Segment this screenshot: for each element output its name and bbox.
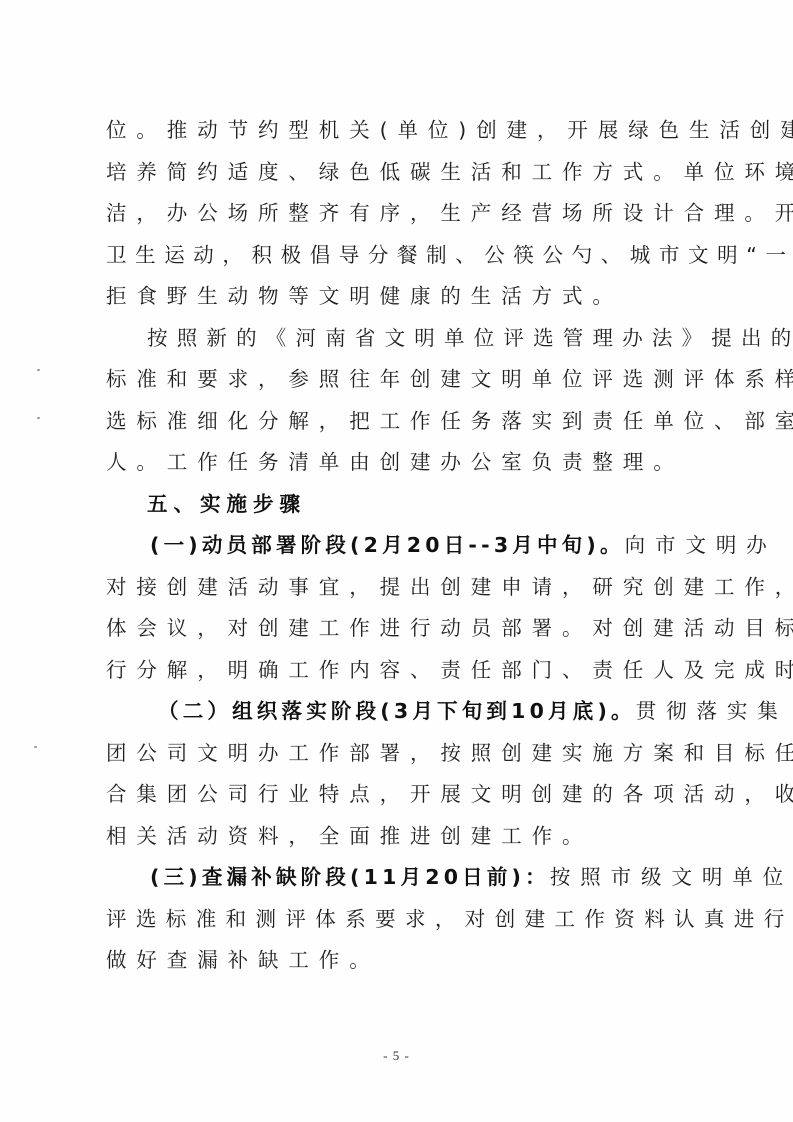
step-text: 按照市级文明单位 — [550, 865, 793, 889]
step-title: (三)查漏补缺阶段(11月20日前)： — [150, 865, 550, 889]
scan-speck — [34, 746, 37, 748]
step-text: 向市文明办 — [625, 533, 777, 557]
text-line: 对接创建活动事宜，提出创建申请，研究创建工作，召开全 — [106, 567, 690, 609]
step-title: (一)动员部署阶段(2月20日--3月中旬)。 — [150, 533, 625, 557]
text-line: 拒食野生动物等文明健康的生活方式。 — [106, 276, 690, 318]
step-first-line: (三)查漏补缺阶段(11月20日前)：按照市级文明单位 — [106, 857, 690, 899]
text-line: 培养简约适度、绿色低碳生活和工作方式。单位环境干净整 — [106, 152, 690, 194]
step-title: （二）组织落实阶段(3月下旬到10月底)。 — [158, 699, 636, 723]
text-line: 选标准细化分解，把工作任务落实到责任单位、部室、责任 — [106, 401, 690, 443]
paragraph-green-living: 位。推动节约型机关(单位)创建，开展绿色生活创建行动、 培养简约适度、绿色低碳生… — [106, 110, 690, 318]
text-line: 团公司文明办工作部署，按照创建实施方案和目标任务，结 — [106, 733, 690, 775]
text-line: 相关活动资料，全面推进创建工作。 — [106, 816, 690, 858]
step-mobilization: (一)动员部署阶段(2月20日--3月中旬)。向市文明办 对接创建活动事宜，提出… — [106, 525, 690, 691]
scan-speck — [37, 369, 40, 371]
page-number: - 5 - — [0, 1048, 793, 1064]
text-line: 位。推动节约型机关(单位)创建，开展绿色生活创建行动、 — [106, 110, 690, 152]
step-first-line: (一)动员部署阶段(2月20日--3月中旬)。向市文明办 — [106, 525, 690, 567]
scan-speck — [37, 417, 40, 419]
text-line: 体会议，对创建工作进行动员部署。对创建活动目标任务进 — [106, 608, 690, 650]
document-body: 位。推动节约型机关(单位)创建，开展绿色生活创建行动、 培养简约适度、绿色低碳生… — [106, 110, 690, 982]
text-line: 洁，办公场所整齐有序，生产经营场所设计合理。开展爱国 — [106, 193, 690, 235]
step-first-line: （二）组织落实阶段(3月下旬到10月底)。贯彻落实集 — [106, 691, 690, 733]
text-line: 做好查漏补缺工作。 — [106, 940, 690, 982]
step-text: 贯彻落实集 — [636, 699, 788, 723]
section-heading: 五、实施步骤 — [106, 484, 690, 526]
step-review: (三)查漏补缺阶段(11月20日前)：按照市级文明单位 评选标准和测评体系要求，… — [106, 857, 690, 982]
text-line: 合集团公司行业特点，开展文明创建的各项活动，收集整理 — [106, 774, 690, 816]
text-line: 标准和要求，参照往年创建文明单位评选测评体系样本将评 — [106, 359, 690, 401]
text-line: 卫生运动，积极倡导分餐制、公筷公勺、城市文明“一米线”、 — [106, 235, 690, 277]
step-implementation: （二）组织落实阶段(3月下旬到10月底)。贯彻落实集 团公司文明办工作部署，按照… — [106, 691, 690, 857]
paragraph-standards: 按照新的《河南省文明单位评选管理办法》提出的创建 标准和要求，参照往年创建文明单… — [106, 318, 690, 484]
text-line: 人。工作任务清单由创建办公室负责整理。 — [106, 442, 690, 484]
text-line: 评选标准和测评体系要求，对创建工作资料认真进行梳理， — [106, 899, 690, 941]
text-line: 按照新的《河南省文明单位评选管理办法》提出的创建 — [106, 318, 690, 360]
document-page: 位。推动节约型机关(单位)创建，开展绿色生活创建行动、 培养简约适度、绿色低碳生… — [0, 0, 793, 1122]
text-line: 行分解，明确工作内容、责任部门、责任人及完成时限。 — [106, 650, 690, 692]
